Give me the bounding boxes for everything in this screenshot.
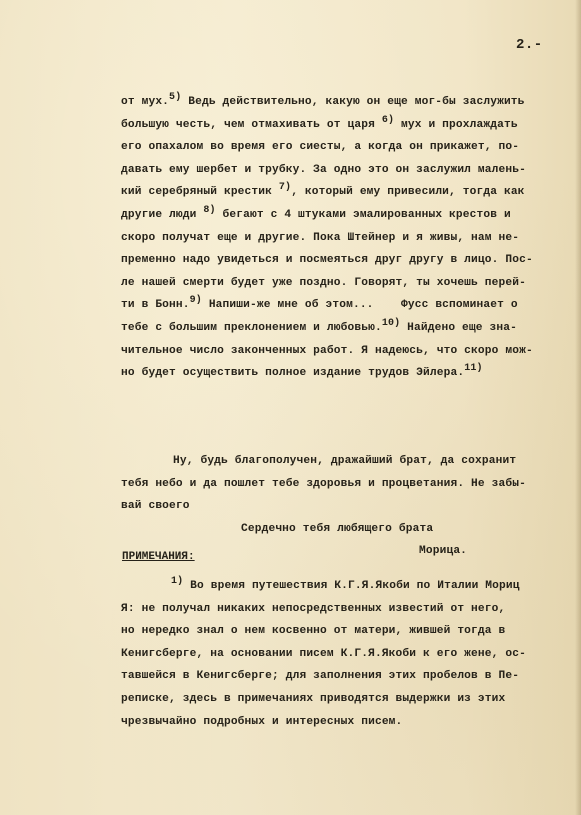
letter-line: его опахалом во время его сиесты, а когд… [121, 136, 561, 159]
page-edge-shadow [575, 0, 581, 815]
letter-text: тебе с большим преклонением и любовью. [121, 322, 382, 334]
letter-text: , который ему привесили, тогда как [291, 186, 524, 198]
letter-text: другие люди [121, 209, 203, 221]
letter-line: ти в Бонн.9) Напиши-же мне об этом... Фу… [121, 294, 561, 317]
letter-line: от мух.5) Ведь действительно, какую он е… [121, 91, 561, 114]
letter-text: чительное число законченных работ. Я над… [121, 345, 533, 357]
signature-salutation: Сердечно тебя любящего брата [121, 518, 561, 541]
note-line: реписке, здесь в примечаниях приводятся … [121, 688, 561, 711]
note-line: Кенигсберге, на основании писем К.Г.Я.Як… [121, 643, 561, 666]
notes-section: 1) Во время путешествия К.Г.Я.Якоби по И… [121, 575, 561, 733]
letter-line: пременно надо увидеться и посмеяться дру… [121, 249, 561, 272]
footnote-marker: 9) [190, 295, 202, 306]
letter-text: Ведь действительно, какую он еще мог-бы … [181, 96, 524, 108]
note-1-first-line: 1) Во время путешествия К.Г.Я.Якоби по И… [121, 575, 561, 598]
letter-text: Напиши-же мне об этом... Фусс вспоминает… [202, 299, 518, 311]
letter-line: скоро получат еще и другие. Пока Штейнер… [121, 227, 561, 250]
letter-text: кий серебряный крестик [121, 186, 279, 198]
letter-text: от мух. [121, 96, 169, 108]
document-page: 2.- от мух.5) Ведь действительно, какую … [0, 0, 581, 815]
letter-text: пременно надо увидеться и посмеяться дру… [121, 254, 533, 266]
footnote-marker: 11) [464, 363, 482, 374]
footnote-marker: 10) [382, 318, 400, 329]
footnote-marker: 1) [171, 576, 183, 587]
letter-body: от мух.5) Ведь действительно, какую он е… [121, 91, 561, 385]
letter-text: его опахалом во время его сиесты, а когд… [121, 141, 519, 153]
letter-line: но будет осуществить полное издание труд… [121, 362, 561, 385]
letter-text: ле нашей смерти будет уже поздно. Говоря… [121, 277, 526, 289]
letter-line: чительное число законченных работ. Я над… [121, 340, 561, 363]
footnote-marker: 5) [169, 92, 181, 103]
closing-line: Ну, будь благополучен, дражайший брат, д… [121, 450, 561, 473]
letter-line: тебе с большим преклонением и любовью.10… [121, 317, 561, 340]
letter-closing: Ну, будь благополучен, дражайший брат, д… [121, 450, 561, 563]
note-line: тавшейся в Кенигсберге; для заполнения э… [121, 665, 561, 688]
letter-text: Найдено еще зна- [400, 322, 517, 334]
closing-line: тебя небо и да пошлет тебе здоровья и пр… [121, 473, 561, 496]
footnote-marker: 7) [279, 182, 291, 193]
letter-text: мух и прохлаждать [394, 119, 518, 131]
letter-line: большую честь, чем отмахивать от царя 6)… [121, 114, 561, 137]
letter-line: давать ему шербет и трубку. За одно это … [121, 159, 561, 182]
note-line: Я: не получал никаких непосредственных и… [121, 598, 561, 621]
letter-text: ти в Бонн. [121, 299, 190, 311]
footnote-marker: 6) [382, 115, 394, 126]
page-number: 2.- [516, 37, 543, 53]
note-text: Во время путешествия К.Г.Я.Якоби по Итал… [183, 580, 519, 592]
letter-text: но будет осуществить полное издание труд… [121, 367, 464, 379]
letter-line: кий серебряный крестик 7), который ему п… [121, 181, 561, 204]
note-line: чрезвычайно подробных и интересных писем… [121, 711, 561, 734]
letter-text: скоро получат еще и другие. Пока Штейнер… [121, 232, 519, 244]
letter-text: большую честь, чем отмахивать от царя [121, 119, 382, 131]
notes-heading: ПРИМЕЧАНИЯ: [122, 551, 195, 563]
letter-line: ле нашей смерти будет уже поздно. Говоря… [121, 272, 561, 295]
closing-line: вай своего [121, 495, 561, 518]
letter-text: давать ему шербет и трубку. За одно это … [121, 164, 526, 176]
letter-text: бегают с 4 штуками эмалированных крестов… [216, 209, 511, 221]
note-line: но нередко знал о нем косвенно от матери… [121, 620, 561, 643]
letter-line: другие люди 8) бегают с 4 штуками эмалир… [121, 204, 561, 227]
footnote-marker: 8) [203, 205, 215, 216]
